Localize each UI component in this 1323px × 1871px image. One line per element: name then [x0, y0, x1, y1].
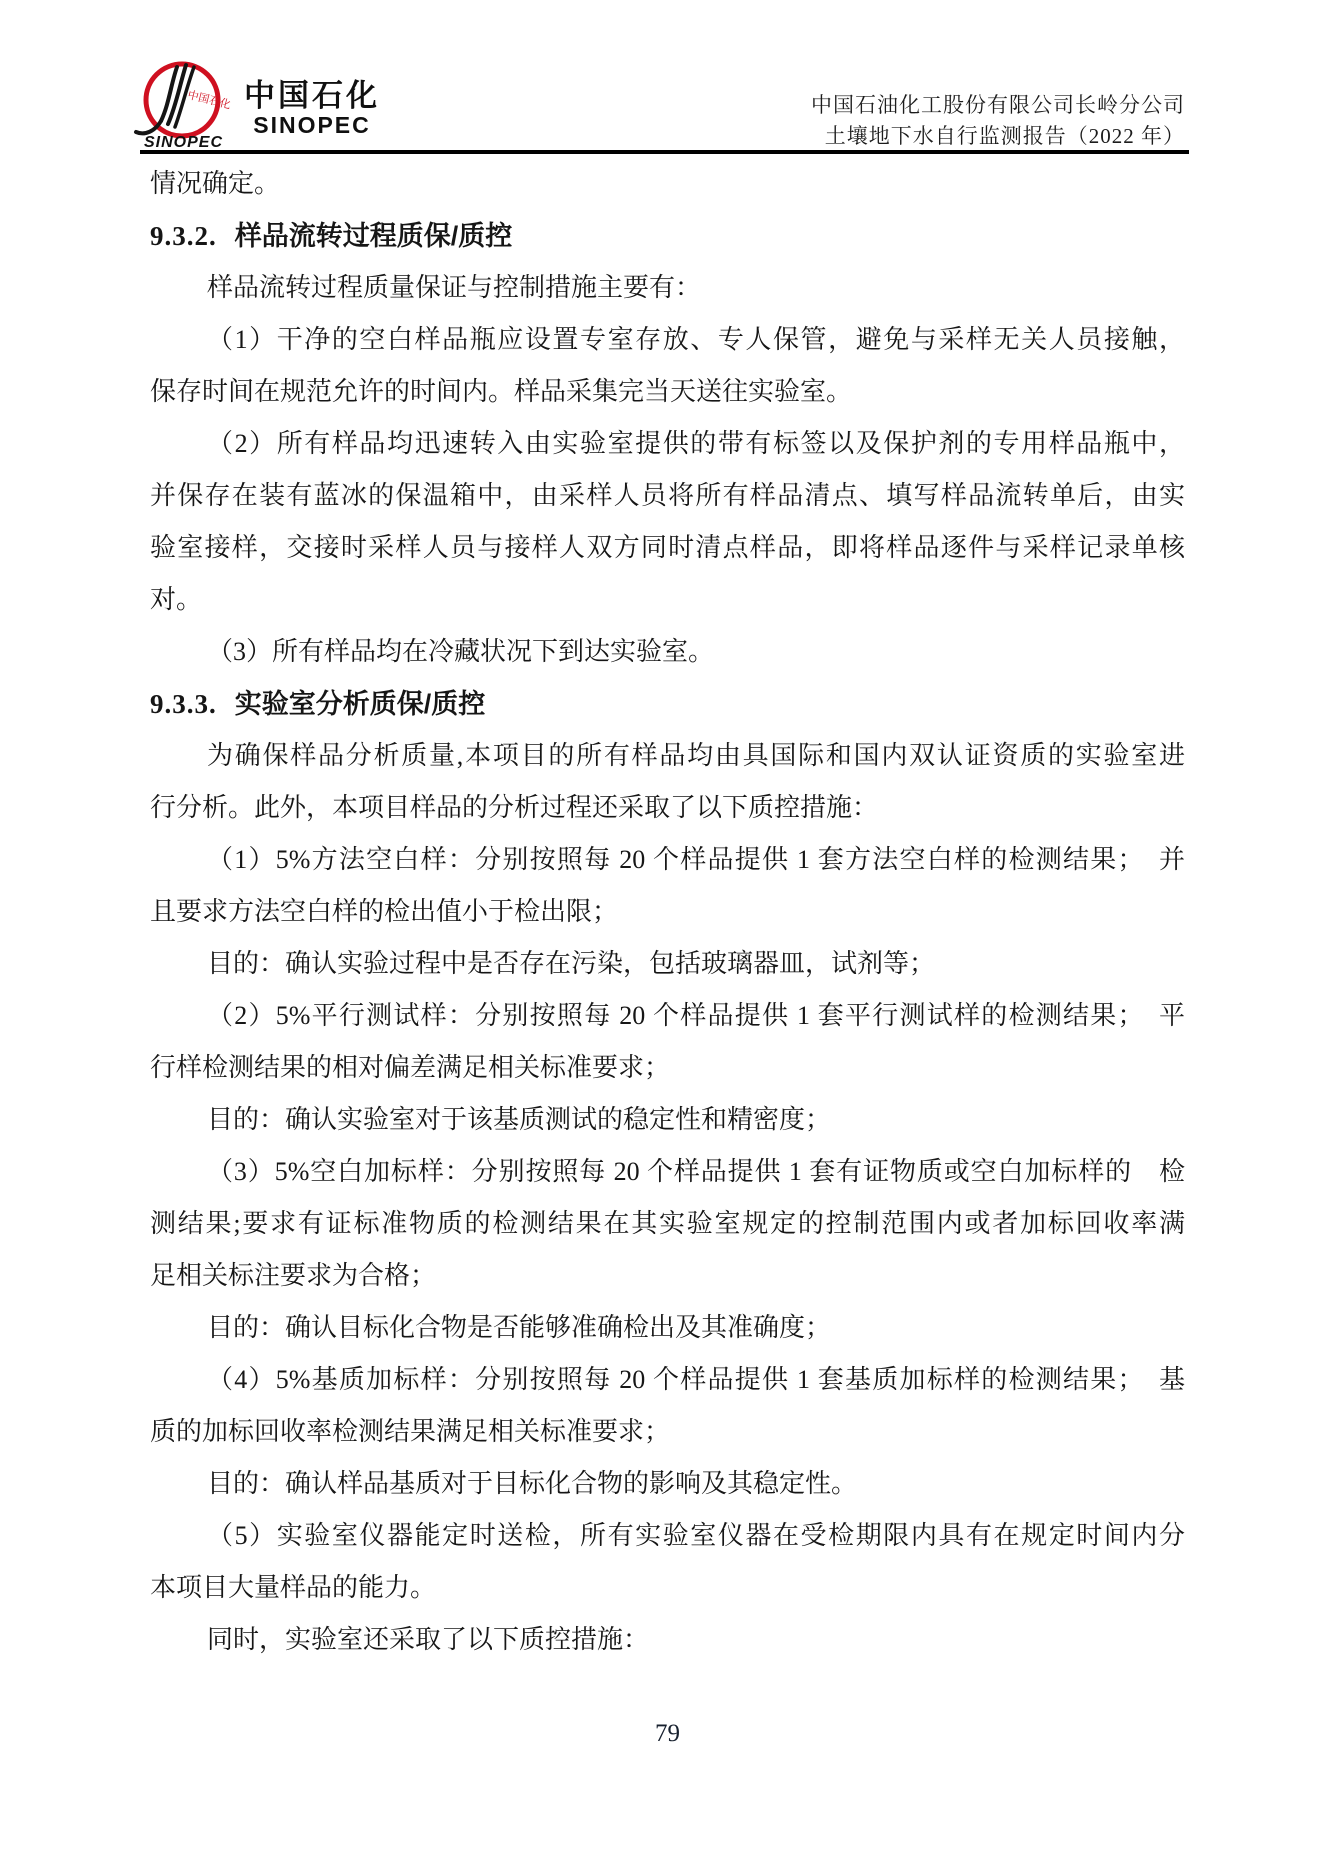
text-line: 质的加标回收率检测结果满足相关标准要求；: [150, 1406, 1185, 1458]
header-divider-rule: [140, 150, 1189, 154]
text-line: 目的：确认样品基质对于目标化合物的影响及其稳定性。: [150, 1458, 1185, 1510]
text-line: 同时，实验室还采取了以下质控措施：: [150, 1614, 1185, 1666]
wordmark-chinese: 中国石化: [244, 80, 380, 112]
sinopec-emblem-icon: 中国石化 SINOPEC: [130, 58, 234, 154]
header-report-line: 土壤地下水自行监测报告（2022 年）: [811, 121, 1185, 152]
header-right-block: 中国石油化工股份有限公司长岭分公司 土壤地下水自行监测报告（2022 年）: [811, 90, 1185, 152]
text-line: （1）5%方法空白样：分别按照每 20 个样品提供 1 套方法空白样的检测结果；…: [150, 834, 1185, 886]
text-line: （1）干净的空白样品瓶应设置专室存放、专人保管，避免与采样无关人员接触，: [150, 314, 1185, 366]
text-line: （4）5%基质加标样：分别按照每 20 个样品提供 1 套基质加标样的检测结果；…: [150, 1354, 1185, 1406]
text-line: （3）所有样品均在冷藏状况下到达实验室。: [150, 626, 1185, 678]
section-number: 9.3.2.: [150, 221, 217, 251]
emblem-sinopec-text: SINOPEC: [144, 134, 223, 151]
text-line: 验室接样，交接时采样人员与接样人双方同时清点样品，即将样品逐件与采样记录单核: [150, 522, 1185, 574]
text-line: 对。: [150, 574, 1185, 626]
section-number: 9.3.3.: [150, 689, 217, 719]
text-line: 保存时间在规范允许的时间内。样品采集完当天送往实验室。: [150, 366, 1185, 418]
text-line: （5）实验室仪器能定时送检，所有实验室仪器在受检期限内具有在规定时间内分: [150, 1510, 1185, 1562]
text-line: 本项目大量样品的能力。: [150, 1562, 1185, 1614]
text-line: 行样检测结果的相对偏差满足相关标准要求；: [150, 1042, 1185, 1094]
section-heading-933: 9.3.3.实验室分析质保/质控: [150, 678, 1185, 730]
document-page: 中国石化 SINOPEC 中国石化 SINOPEC 中国石油化工股份有限公司长岭…: [0, 0, 1323, 1871]
text-line: 目的：确认目标化合物是否能够准确检出及其准确度；: [150, 1302, 1185, 1354]
page-number: 79: [150, 1720, 1185, 1748]
text-line: 目的：确认实验室对于该基质测试的稳定性和精密度；: [150, 1094, 1185, 1146]
text-line: （2）所有样品均迅速转入由实验室提供的带有标签以及保护剂的专用样品瓶中，: [150, 418, 1185, 470]
text-line: 并保存在装有蓝冰的保温箱中，由采样人员将所有样品清点、填写样品流转单后，由实: [150, 470, 1185, 522]
text-line: 为确保样品分析质量,本项目的所有样品均由具国际和国内双认证资质的实验室进: [150, 730, 1185, 782]
text-line: 测结果;要求有证标准物质的检测结果在其实验室规定的控制范围内或者加标回收率满: [150, 1198, 1185, 1250]
text-line: 足相关标注要求为合格；: [150, 1250, 1185, 1302]
wordmark-latin: SINOPEC: [244, 112, 380, 138]
document-body: 情况确定。 9.3.2.样品流转过程质保/质控 样品流转过程质量保证与控制措施主…: [150, 158, 1185, 1666]
sinopec-wordmark: 中国石化 SINOPEC: [244, 80, 380, 138]
text-line: 目的：确认实验过程中是否存在污染，包括玻璃器皿，试剂等；: [150, 938, 1185, 990]
text-line: 样品流转过程质量保证与控制措施主要有：: [150, 262, 1185, 314]
text-line: 行分析。此外，本项目样品的分析过程还采取了以下质控措施：: [150, 782, 1185, 834]
section-title: 实验室分析质保/质控: [235, 689, 486, 719]
text-line: 且要求方法空白样的检出值小于检出限；: [150, 886, 1185, 938]
sinopec-emblem-logo: 中国石化 SINOPEC: [130, 58, 234, 154]
text-line: （2）5%平行测试样：分别按照每 20 个样品提供 1 套平行测试样的检测结果；…: [150, 990, 1185, 1042]
text-line: （3）5%空白加标样：分别按照每 20 个样品提供 1 套有证物质或空白加标样的…: [150, 1146, 1185, 1198]
section-title: 样品流转过程质保/质控: [235, 221, 513, 251]
text-line: 情况确定。: [150, 158, 1185, 210]
section-heading-932: 9.3.2.样品流转过程质保/质控: [150, 210, 1185, 262]
header-company-line: 中国石油化工股份有限公司长岭分公司: [811, 90, 1185, 121]
emblem-seal-text: 中国石化: [186, 87, 232, 111]
